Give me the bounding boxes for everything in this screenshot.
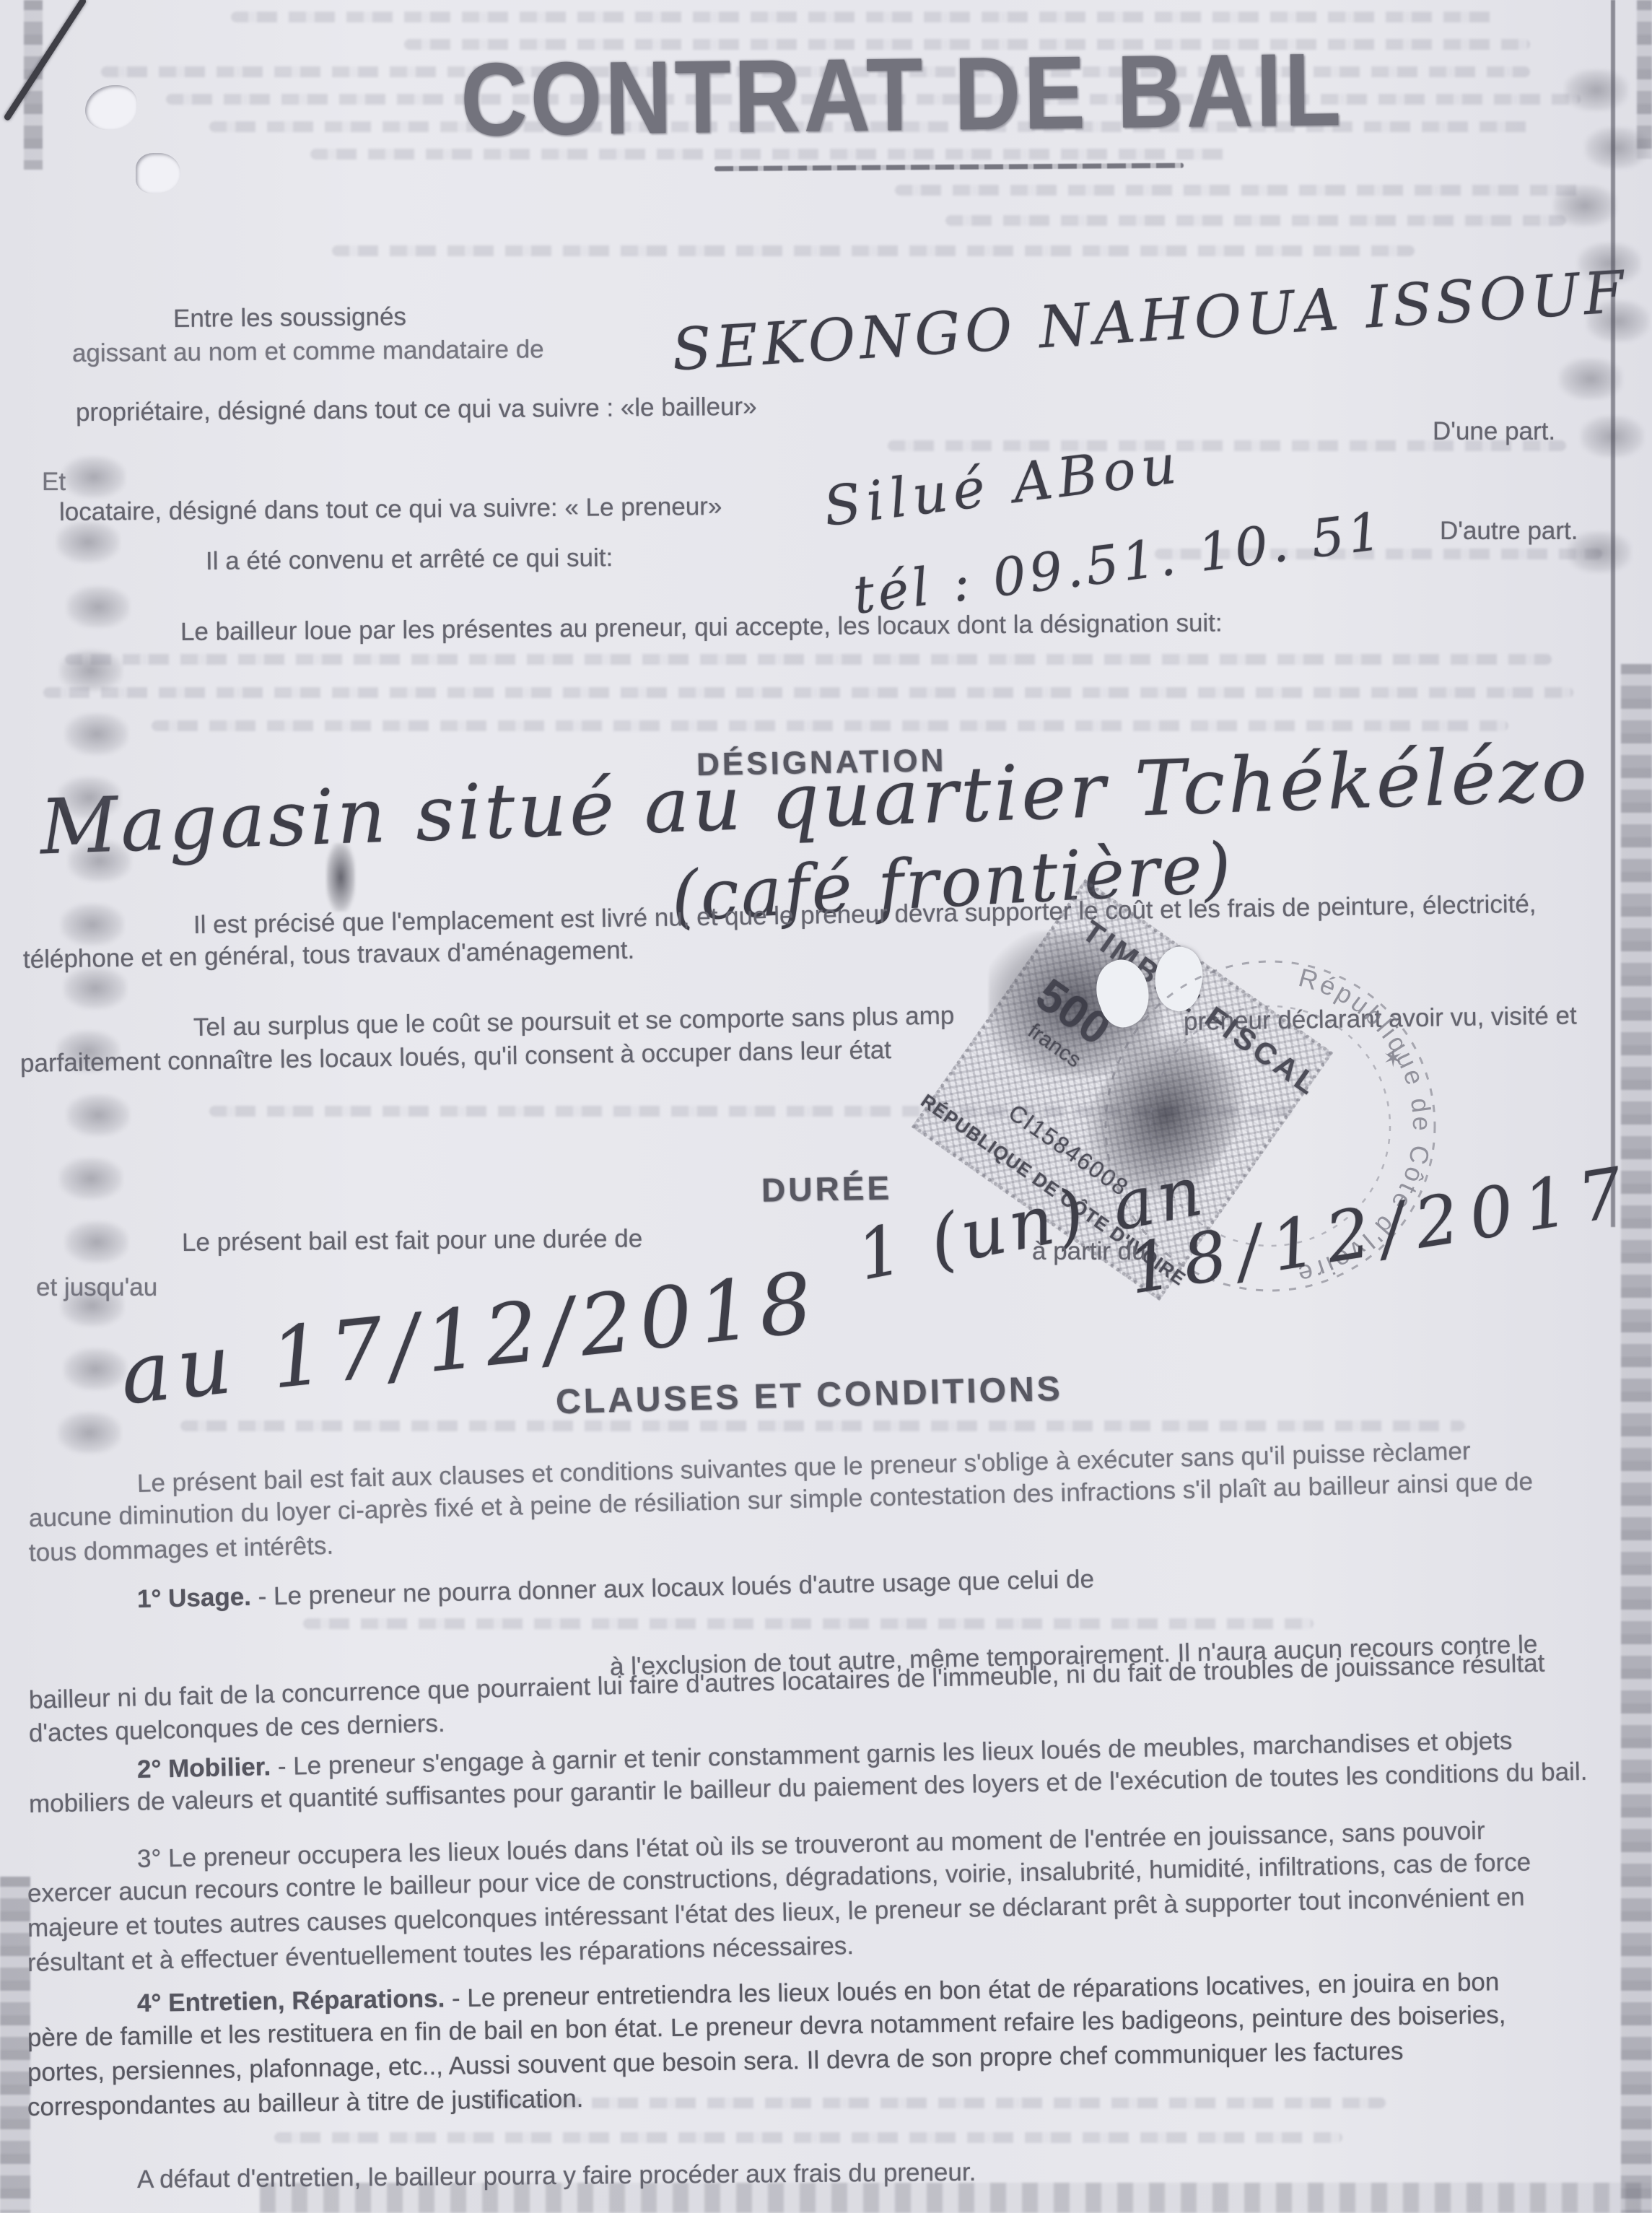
document-title: CONTRAT DE BAIL <box>421 30 1382 160</box>
ghost-text-line <box>476 2098 1386 2108</box>
scan-smudge <box>1553 185 1617 227</box>
scan-smudge <box>62 456 126 498</box>
scan-smudge <box>64 1348 127 1390</box>
scan-smudge <box>59 650 123 691</box>
scan-edge-band-bottom <box>260 2183 1652 2213</box>
scan-smudge <box>58 1412 121 1454</box>
scan-smudge <box>58 777 121 819</box>
scan-smudge <box>1568 531 1631 573</box>
ghost-text-line <box>65 654 1552 665</box>
scan-edge-line <box>1611 0 1615 1227</box>
scan-smudge <box>59 1158 123 1200</box>
designation-para2-line2: parfaitement connaître les locaux loués,… <box>20 1036 892 1078</box>
torn-paper-highlight <box>136 153 180 193</box>
intro-convenu-line: Il a été convenu et arrêté ce qui suit: <box>206 544 613 576</box>
title-underline <box>714 163 1184 172</box>
handwritten-landlord-name: SEKONGO NAHOUA ISSOUF <box>670 258 1630 384</box>
scan-smudge <box>61 904 124 946</box>
scan-smudge <box>66 586 130 628</box>
scanned-lease-contract-page: CONTRAT DE BAIL Entre les soussignés agi… <box>0 0 1652 2213</box>
scan-smudge <box>65 713 128 755</box>
scan-smudge <box>56 521 120 563</box>
clause-1-title: 1° Usage. <box>137 1583 252 1613</box>
clauses-heading: CLAUSES ET CONDITIONS <box>555 1369 1063 1422</box>
ink-blot <box>326 843 355 912</box>
scan-smudge <box>68 840 131 882</box>
intro-proprietaire-line: propriétaire, désigné dans tout ce qui v… <box>76 393 757 427</box>
clause-4-line4: correspondantes au bailleur à titre de j… <box>27 2085 584 2122</box>
intro-locataire-line: locataire, désigné dans tout ce qui va s… <box>59 492 722 527</box>
scan-smudge <box>66 1094 130 1136</box>
scan-smudge <box>61 1285 124 1327</box>
scan-edge-band-right <box>1621 664 1652 2213</box>
ghost-text-line <box>43 687 1573 698</box>
ghost-text-line <box>332 245 1415 256</box>
clause-4-title: 4° Entretien, Réparations. <box>137 1984 445 2017</box>
ghost-text-line <box>274 2132 1342 2143</box>
clauses-intro-line3: tous dommages et intérêts. <box>29 1532 334 1568</box>
clause-1-text: - Le preneur ne pourra donner aux locaux… <box>251 1565 1095 1610</box>
ghost-text-line <box>152 720 1508 731</box>
scan-edge-band-left-bottom <box>0 1877 30 2213</box>
intro-entre-line: Entre les soussignés <box>173 302 406 333</box>
clause-2-title: 2° Mobilier. <box>137 1752 271 1784</box>
ghost-text-line <box>895 185 1588 196</box>
intro-loue-line: Le bailleur loue par les présentes au pr… <box>180 608 1223 647</box>
scan-smudge <box>64 967 127 1009</box>
ghost-text-line <box>945 215 1566 226</box>
ghost-text-line <box>180 1420 1465 1431</box>
clause-1-line4: d'actes quelconques de ces derniers. <box>29 1709 446 1748</box>
clause-1-line1: 1° Usage. - Le preneur ne pourra donner … <box>137 1565 1095 1614</box>
duree-line: Le présent bail est fait pour une durée … <box>182 1224 643 1257</box>
duree-heading: DURÉE <box>761 1168 893 1209</box>
scan-smudge <box>1578 243 1641 284</box>
scan-smudge <box>56 1031 120 1073</box>
scan-smudge <box>65 1221 128 1263</box>
staple <box>3 0 87 121</box>
intro-mandataire-line: agissant au nom et comme mandataire de <box>72 335 544 368</box>
ghost-text-line <box>303 1618 1314 1629</box>
scan-edge-band-right-top <box>1637 0 1652 159</box>
scan-smudge <box>1565 69 1628 111</box>
ghost-text-line <box>231 12 1501 22</box>
scan-smudge <box>1586 300 1650 342</box>
postmark-star-icon: ✶ <box>1383 1045 1404 1073</box>
dautre-part-label: D'autre part. <box>1440 517 1578 546</box>
torn-paper-highlight <box>85 85 137 130</box>
dune-part-label: D'une part. <box>1433 417 1555 446</box>
